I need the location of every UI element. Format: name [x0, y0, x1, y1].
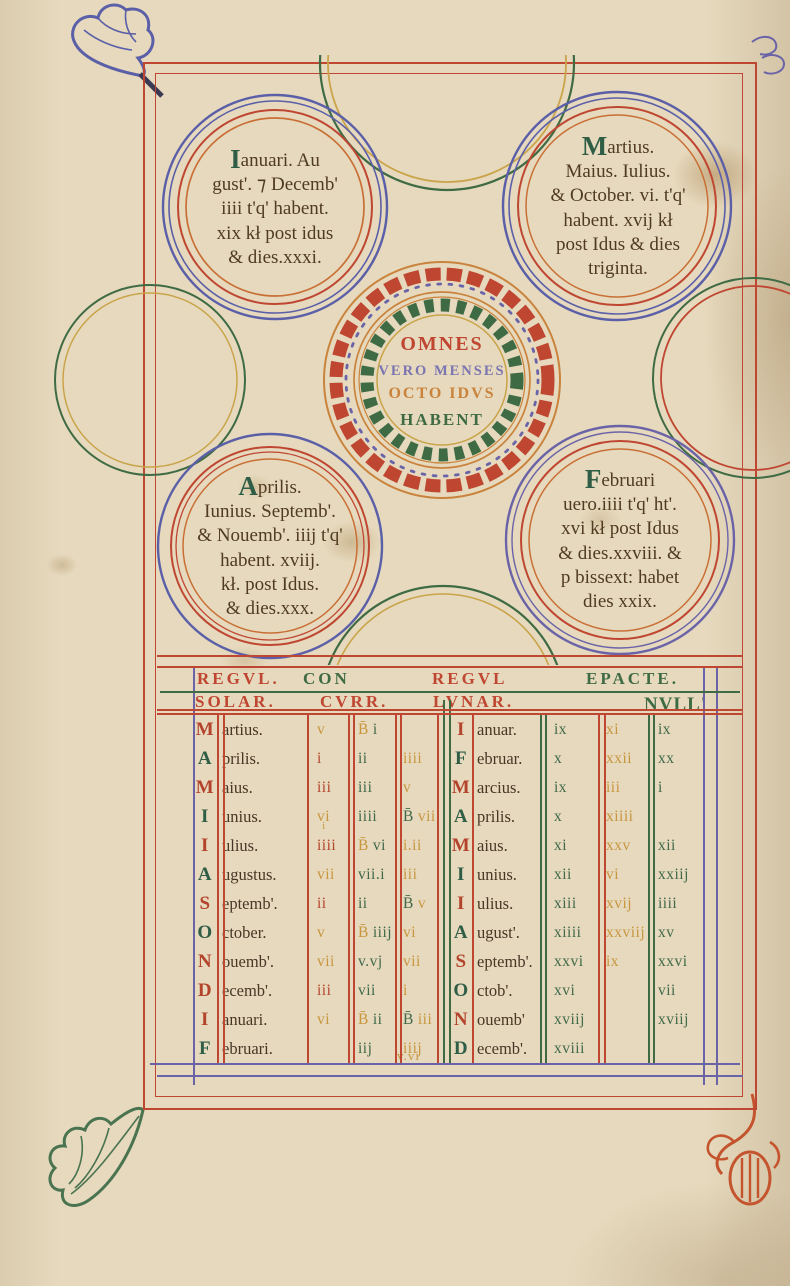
roman-numeral: B̄	[358, 1011, 369, 1029]
month-name: prilis.	[217, 745, 305, 774]
numeral-cell-c2: B̄vi	[348, 832, 395, 861]
numeral-cell-c1: i	[305, 745, 348, 774]
table-rule-vertical	[604, 713, 606, 1063]
month-name: eptemb'.	[472, 947, 542, 976]
numeral-cell-c2: B̄i	[348, 716, 395, 745]
table-rule-vertical	[449, 700, 451, 1063]
numeral-cell-c1: ii	[305, 890, 348, 919]
roman-numeral: vii	[658, 982, 676, 1000]
month-name: unius.	[217, 803, 305, 832]
month-name: ctob'.	[472, 976, 542, 1005]
circle-line: habent. xvij kł	[510, 209, 726, 233]
roman-numeral: i	[403, 982, 408, 1000]
table-rule-horizontal	[150, 1063, 740, 1065]
table-rule-vertical	[443, 700, 445, 1063]
month-name: prilis.	[472, 803, 542, 832]
circle-line: xix kł post idus	[168, 222, 382, 246]
numeral-cell-cC: ix	[648, 716, 703, 745]
month-initial: I	[193, 1005, 217, 1034]
numeral-cell-c2: ii	[348, 745, 395, 774]
numeral-cell-c3: vii	[395, 947, 443, 976]
table-rule-vertical	[437, 713, 439, 1063]
roman-numeral: B̄	[403, 808, 414, 826]
circle-line: & October. vi. t'q'	[510, 184, 726, 208]
roman-numeral: xxii	[606, 750, 632, 768]
month-initial: I	[193, 803, 217, 832]
month-name: aius.	[217, 774, 305, 803]
numeral-cell-cC: i	[648, 774, 703, 803]
roman-numeral: i	[658, 779, 663, 797]
circle-line: Aprilis.	[162, 473, 378, 500]
numeral-cell-cC: iiii	[648, 890, 703, 919]
month-name: aius.	[472, 832, 542, 861]
numeral-cell-c3: iii	[395, 861, 443, 890]
roman-numeral: xxiij	[658, 866, 689, 884]
month-name: anuari.	[217, 1005, 305, 1034]
table-rule-vertical	[703, 667, 705, 1085]
numeral-cell-cA: xvi	[542, 976, 598, 1005]
roman-numeral: vii.i	[358, 866, 385, 884]
table-rule-vertical	[193, 667, 195, 1085]
roman-numeral: B̄	[358, 837, 369, 855]
roman-numeral: xxviij	[606, 924, 645, 942]
month-initial: M	[450, 774, 472, 803]
month-name: arcius.	[472, 774, 542, 803]
numeral-cell-c3: B̄iii	[395, 1005, 443, 1034]
roman-numeral: ii	[373, 1011, 383, 1029]
month-name: ebruari.	[217, 1034, 305, 1063]
circle-line: & dies.xxxi.	[168, 246, 382, 270]
ornament-bottom-right	[688, 1090, 790, 1230]
numeral-cell-cC: xviij	[648, 1005, 703, 1034]
circle-line: & dies.xxx.	[162, 597, 378, 621]
circle-text-february: Februari uero.iiii t'q' ht'. xvi kł post…	[512, 444, 728, 636]
table-row: Maius.iiiiiivMarcius.ixiiii	[193, 774, 703, 803]
roman-numeral: xi	[606, 721, 619, 739]
month-initial: O	[450, 976, 472, 1005]
table-rule-vertical	[400, 713, 402, 1063]
numeral-cell-cA: x	[542, 745, 598, 774]
numeral-cell-cC: xxiij	[648, 861, 703, 890]
roman-numeral: v.vj	[358, 953, 383, 971]
numeral-cell-cA: ix	[542, 716, 598, 745]
table-rule-vertical	[716, 667, 718, 1085]
circle-line: iiii t'q' habent.	[168, 197, 382, 221]
roman-numeral: ii	[358, 750, 368, 768]
table-rule-horizontal	[157, 713, 743, 715]
table-row: Martius.vB̄iIanuar.ixxiix	[193, 716, 703, 745]
table-rule-horizontal	[157, 1075, 743, 1077]
numeral-cell-cA: xiii	[542, 890, 598, 919]
roman-numeral: iii	[606, 779, 620, 797]
table-rule-horizontal	[157, 709, 743, 711]
month-initial: O	[193, 918, 217, 947]
roman-numeral: B̄	[403, 895, 414, 913]
numeral-cell-cC	[648, 1034, 703, 1063]
table-rule-vertical	[472, 713, 474, 1063]
roman-numeral: i	[322, 820, 326, 832]
medallion-line: VERO MENSES	[357, 360, 527, 382]
circle-line: gust'. ⁊ Decemb'	[168, 173, 382, 197]
month-name: ouemb'	[472, 1005, 542, 1034]
numeral-cell-c1: iiii	[305, 832, 348, 861]
header-regulae: REGVL.	[197, 669, 280, 689]
table-row: Februari.iijiiijDecemb'.xviii	[193, 1034, 703, 1063]
numeral-cell-c2: iij	[348, 1034, 395, 1063]
circle-line: triginta.	[510, 257, 726, 281]
table-rule-vertical	[307, 713, 309, 1063]
header-con: CON	[303, 669, 350, 689]
numeral-cell-c2: B̄ii	[348, 1005, 395, 1034]
roman-numeral: iii	[358, 779, 372, 797]
table-row: Ianuari.viB̄iiB̄iiiNouemb'xviijxviij	[193, 1005, 703, 1034]
month-name: unius.	[472, 861, 542, 890]
circle-line: uero.iiii t'q' ht'.	[512, 493, 728, 517]
roman-numeral: xvij	[606, 895, 632, 913]
medallion-text: OMNES VERO MENSES OCTO IDVS HABENT	[357, 328, 527, 434]
numeral-cell-cA: xviii	[542, 1034, 598, 1063]
circle-line: habent. xviij.	[162, 549, 378, 573]
circle-line: & dies.xxviii. &	[512, 542, 728, 566]
numeral-cell-c2: B̄iiij	[348, 918, 395, 947]
month-name: anuar.	[472, 716, 542, 745]
circle-text-april: Aprilis. Iunius. Septemb'. & Nouemb'. ii…	[162, 452, 378, 642]
numeral-cell-cA: ix	[542, 774, 598, 803]
table-rule-horizontal	[157, 655, 743, 657]
month-name: artius.	[217, 716, 305, 745]
month-initial: I	[450, 861, 472, 890]
circle-line: p bissext: habet	[512, 566, 728, 590]
table-rule-vertical	[540, 713, 542, 1063]
roman-numeral: i.ii	[403, 837, 422, 855]
month-initial: I	[193, 832, 217, 861]
table-row: Aprilis.iiiiiiiFebruar.xxxiixx	[193, 745, 703, 774]
medallion-line: OMNES	[357, 329, 527, 360]
month-name: eptemb'.	[217, 890, 305, 919]
illuminated-initial: I	[230, 144, 241, 174]
medallion-line: HABENT	[357, 407, 527, 433]
roman-numeral: ix	[658, 721, 671, 739]
month-initial: S	[450, 947, 472, 976]
roman-numeral: vi	[606, 866, 619, 884]
table-row: Augustus.viivii.iiiiIunius.xiivixxiij	[193, 861, 703, 890]
table-rule-vertical	[223, 713, 225, 1063]
roman-numeral: xxv	[606, 837, 631, 855]
circle-line: dies xxix.	[512, 590, 728, 614]
table-row: Iulius.iiiiB̄vii.iiMaius.xixxvxii	[193, 832, 703, 861]
table-rule-horizontal	[160, 691, 740, 693]
roman-numeral: xviij	[658, 1011, 689, 1029]
numeral-cell-cC: xxvi	[648, 947, 703, 976]
roman-numeral: xviii	[554, 1040, 585, 1058]
month-initial: A	[450, 803, 472, 832]
month-initial: A	[450, 918, 472, 947]
month-initial: A	[193, 861, 217, 890]
table-rule-vertical	[648, 713, 650, 1063]
roman-numeral: xv	[658, 924, 675, 942]
table-rule-vertical	[348, 713, 350, 1063]
roman-numeral: v	[403, 779, 411, 797]
roman-numeral: vi	[403, 924, 416, 942]
manuscript-page: Ianuari. Au gust'. ⁊ Decemb' iiii t'q' h…	[0, 0, 790, 1286]
circle-line: xvi kł post Idus	[512, 517, 728, 541]
numeral-cell-cA: xviij	[542, 1005, 598, 1034]
numeral-cell-c1: vii	[305, 861, 348, 890]
numeral-cell-cA: x	[542, 803, 598, 832]
numeral-cell-c2: v.vj	[348, 947, 395, 976]
month-initial: N	[193, 947, 217, 976]
numeral-cell-cA: xii	[542, 861, 598, 890]
table-row: Nouemb'.viiv.vjviiSeptemb'.xxviixxxvi	[193, 947, 703, 976]
illuminated-initial: F	[585, 464, 602, 494]
circle-line: kł. post Idus.	[162, 573, 378, 597]
roman-numeral: iiij	[373, 924, 392, 942]
ornament-leaf-bottom-left	[45, 1096, 205, 1231]
roman-numeral: v	[317, 721, 325, 739]
roman-numeral: ix	[606, 953, 619, 971]
numeral-cell-cA: xi	[542, 832, 598, 861]
month-initial: N	[450, 1005, 472, 1034]
month-initial: F	[193, 1034, 217, 1063]
roman-numeral: xxvi	[554, 953, 584, 971]
month-name: ecemb'.	[472, 1034, 542, 1063]
roman-numeral: iiii	[403, 750, 422, 768]
numeral-cell-c3: i	[395, 976, 443, 1005]
numeral-cell-c1: vii	[305, 947, 348, 976]
numeral-cell-c2: vii.i	[348, 861, 395, 890]
roman-numeral: vi	[373, 837, 386, 855]
numeral-cell-cC: vii	[648, 976, 703, 1005]
numeral-cell-c1: v	[305, 716, 348, 745]
numeral-cell-cA: xxvi	[542, 947, 598, 976]
month-initial: F	[450, 745, 472, 774]
roman-numeral: vi	[317, 1011, 330, 1029]
roman-numeral: vii	[403, 953, 421, 971]
table-rule-vertical	[353, 713, 355, 1063]
roman-numeral: ii	[317, 895, 327, 913]
roman-numeral: vii	[418, 808, 436, 826]
month-name: ugust'.	[472, 918, 542, 947]
numeral-cell-c1: v	[305, 918, 348, 947]
circle-line: Maius. Iulius.	[510, 160, 726, 184]
roman-numeral: xiii	[554, 895, 577, 913]
roman-numeral: v	[418, 895, 426, 913]
roman-numeral: ix	[554, 779, 567, 797]
roman-numeral: xxvi	[658, 953, 688, 971]
month-name: ecemb'.	[217, 976, 305, 1005]
roman-numeral: B̄	[358, 721, 369, 739]
illuminated-initial: M	[582, 131, 607, 161]
numeral-cell-c1: vi	[305, 1005, 348, 1034]
roman-numeral: iii	[403, 866, 417, 884]
roman-numeral: ii	[358, 895, 368, 913]
numeral-cell-c1: iii	[305, 976, 348, 1005]
table-rule-horizontal	[157, 666, 743, 668]
month-initial: I	[450, 890, 472, 919]
numeral-cell-c1	[305, 1034, 348, 1063]
table-row: Iunius.viiiiiiB̄viiAprilis.xxiiii	[193, 803, 703, 832]
circle-text-january: Ianuari. Au gust'. ⁊ Decemb' iiii t'q' h…	[168, 118, 382, 298]
roman-numeral: iiii	[317, 837, 336, 855]
month-name: ugustus.	[217, 861, 305, 890]
month-initial: M	[193, 716, 217, 745]
medallion-line: OCTO IDVS	[357, 382, 527, 407]
roman-numeral: xx	[658, 750, 675, 768]
numeral-cell-c2: ii	[348, 890, 395, 919]
circle-line: Iunius. Septemb'.	[162, 500, 378, 524]
table-row: October.vB̄iiijviAugust'.xiiiixxviijxv	[193, 918, 703, 947]
roman-numeral: iij	[358, 1040, 372, 1058]
numeral-cell-c3	[395, 716, 443, 745]
circle-line: & Nouemb'. iiij t'q'	[162, 524, 378, 548]
month-initial: D	[450, 1034, 472, 1063]
circle-line: Martius.	[510, 133, 726, 160]
month-name: ctober.	[217, 918, 305, 947]
table-rule-vertical	[598, 713, 600, 1063]
roman-numeral: iii	[317, 779, 331, 797]
roman-numeral: B̄	[403, 1011, 414, 1029]
header-epacte: EPACTE.	[586, 669, 679, 689]
numeral-cell-cC: xx	[648, 745, 703, 774]
numeral-cell-c3: v	[395, 774, 443, 803]
numeral-cell-c1: iii	[305, 774, 348, 803]
numeral-cell-c3: iiii	[395, 745, 443, 774]
header-regulae2: REGVL	[432, 669, 507, 689]
month-name: ulius.	[472, 890, 542, 919]
table-rule-vertical	[653, 713, 655, 1063]
roman-numeral: xi	[554, 837, 567, 855]
roman-numeral: iiii	[658, 895, 677, 913]
numeral-cell-c1: vii	[305, 803, 348, 832]
roman-numeral: iiii	[358, 808, 377, 826]
numeral-cell-c2: vii	[348, 976, 395, 1005]
numeral-cell-c3: B̄vii	[395, 803, 443, 832]
computus-table: Martius.vB̄iIanuar.ixxiixAprilis.iiiiiii…	[193, 716, 703, 1063]
numeral-cell-c2: iii	[348, 774, 395, 803]
month-initial: D	[193, 976, 217, 1005]
roman-numeral: x	[554, 750, 562, 768]
numeral-cell-cC: xii	[648, 832, 703, 861]
roman-numeral: B̄	[358, 924, 369, 942]
roman-numeral: iii	[418, 1011, 432, 1029]
circle-line: Ianuari. Au	[168, 146, 382, 173]
roman-numeral: vii	[358, 982, 376, 1000]
numeral-cell-c3: i.ii	[395, 832, 443, 861]
roman-numeral: i	[373, 721, 378, 739]
roman-numeral: xiiii	[606, 808, 633, 826]
month-initial: M	[450, 832, 472, 861]
table-rule-vertical	[545, 713, 547, 1063]
roman-numeral: vii	[317, 953, 335, 971]
table-row: Septemb'.iiiiB̄vIulius.xiiixvijiiii	[193, 890, 703, 919]
numeral-cell-cA: xiiii	[542, 918, 598, 947]
roman-numeral: vii	[317, 866, 335, 884]
roman-numeral: v	[317, 924, 325, 942]
roman-numeral: xii	[554, 866, 572, 884]
numeral-cell-c2: iiii	[348, 803, 395, 832]
month-name: ouemb'.	[217, 947, 305, 976]
roman-numeral: x	[554, 808, 562, 826]
month-name: ebruar.	[472, 745, 542, 774]
roman-numeral: xiiii	[554, 924, 581, 942]
numeral-cell-c3: vi	[395, 918, 443, 947]
month-name: ulius.	[217, 832, 305, 861]
table-rule-vertical	[217, 713, 219, 1063]
circle-text-march: Martius. Maius. Iulius. & October. vi. t…	[510, 112, 726, 302]
circle-line: post Idus & dies	[510, 233, 726, 257]
month-initial: S	[193, 890, 217, 919]
table-row: Decemb'.iiiviiiOctob'.xvivii	[193, 976, 703, 1005]
illuminated-initial: A	[238, 471, 258, 501]
numeral-cell-cC	[648, 803, 703, 832]
circle-line: Februari	[512, 466, 728, 493]
numeral-cell-c3: B̄v	[395, 890, 443, 919]
roman-numeral: xvi	[554, 982, 575, 1000]
month-initial: I	[450, 716, 472, 745]
roman-numeral: i	[317, 750, 322, 768]
month-initial: M	[193, 774, 217, 803]
roman-numeral: ix	[554, 721, 567, 739]
roman-numeral: xii	[658, 837, 676, 855]
month-initial: A	[193, 745, 217, 774]
numeral-cell-cC: xv	[648, 918, 703, 947]
roman-numeral: iii	[317, 982, 331, 1000]
roman-numeral: xviij	[554, 1011, 585, 1029]
table-rule-vertical	[395, 713, 397, 1063]
